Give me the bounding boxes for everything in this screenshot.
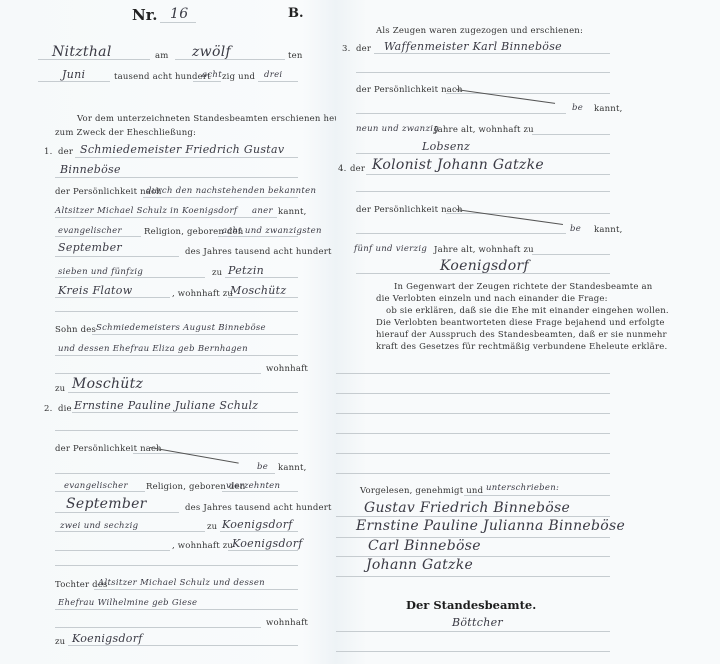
bride-die: die <box>58 404 72 414</box>
witness2-number: 4. <box>338 164 347 174</box>
witness2-residence: Koenigsdorf <box>440 258 529 274</box>
groom-residence: Moschütz <box>230 284 286 297</box>
bride-mother: Ehefrau Wilhelmine geb Giese <box>58 598 197 608</box>
signature-witness2: Johann Gatzke <box>366 557 473 573</box>
series-label: B. <box>288 6 304 21</box>
ten-label: ten <box>288 51 303 61</box>
bride-birth-month: September <box>66 496 147 512</box>
bride-residence-label: , wohnhaft zu <box>172 541 233 551</box>
groom-parents-residence-label: wohnhaft <box>266 364 308 374</box>
official-title: Der Standesbeamte. <box>406 598 536 612</box>
groom-identity-suffix-hand: aner <box>252 206 273 216</box>
witness1-identity-suffix: kannt, <box>594 104 623 114</box>
groom-district: Kreis Flatow <box>58 284 132 297</box>
groom-birth-month: September <box>58 241 122 254</box>
groom-name-line1: Schmiedemeister Friedrich Gustav <box>80 143 284 156</box>
ceremony-line6: kraft des Gesetzes für rechtmäßig verbun… <box>376 342 667 352</box>
signature-bride: Ernstine Pauline Julianna Binneböse <box>356 518 625 534</box>
groom-birth-day: acht und zwanzigsten <box>222 226 322 236</box>
groom-father: Schmiedemeisters August Binneböse <box>96 323 266 333</box>
groom-residence-label: , wohnhaft zu <box>172 289 233 299</box>
left-page: Nr. 16 B. Nitzthal am zwölf ten Juni tau… <box>0 0 336 664</box>
record-number-value: 16 <box>170 6 188 22</box>
bride-religion-value: evangelischer <box>64 481 128 491</box>
ceremony-line2: die Verlobten einzeln und nach einander … <box>376 294 608 304</box>
witness2-der: der <box>350 164 365 174</box>
bride-parents-residence: Koenigsdorf <box>72 632 143 645</box>
witness1-residence: Lobsenz <box>422 140 470 153</box>
ceremony-line1: In Gegenwart der Zeugen richtete der Sta… <box>394 282 652 292</box>
bride-father: Altsitzer Michael Schulz und dessen <box>98 578 265 588</box>
groom-birth-place: Petzin <box>228 264 264 277</box>
groom-year-label: des Jahres tausend acht hundert <box>185 247 332 257</box>
right-page: Als Zeugen waren zugezogen und erschiene… <box>336 0 720 664</box>
witness2-identity-suffix-hand: be <box>570 224 581 234</box>
bride-number: 2. <box>44 404 53 414</box>
bride-residence: Koenigsdorf <box>232 537 303 550</box>
signature-groom: Gustav Friedrich Binneböse <box>364 500 570 516</box>
bride-name-line1: Ernstine Pauline Juliane Schulz <box>74 399 258 412</box>
groom-identity-value1: durch den nachstehenden bekannten <box>146 186 316 196</box>
decade-value: acht <box>202 70 222 80</box>
zig-und-label: zig und <box>222 72 255 82</box>
intro-line2: zum Zweck der Eheschließung: <box>55 128 196 138</box>
groom-parents-label: Sohn des <box>55 325 96 335</box>
bride-zu-label: zu <box>207 522 217 532</box>
bride-identity-suffix: kannt, <box>278 463 307 473</box>
place-value: Nitzthal <box>52 44 112 60</box>
official-signature: Böttcher <box>452 616 503 629</box>
witness2-age: fünf und vierzig <box>354 244 427 254</box>
groom-name-line2: Binneböse <box>60 163 121 176</box>
groom-mother: und dessen Ehefrau Eliza geb Bernhagen <box>58 344 248 354</box>
groom-identity-value2: Altsitzer Michael Schulz in Koenigsdorf <box>55 206 237 216</box>
bride-parents-zu: zu <box>55 637 65 647</box>
groom-parents-residence: Moschütz <box>72 376 143 392</box>
bride-year-label: des Jahres tausend acht hundert <box>185 503 332 513</box>
witness1-age: neun und zwanzig <box>356 124 439 134</box>
groom-birth-year: sieben und fünfzig <box>58 267 143 277</box>
bride-parents-residence-label: wohnhaft <box>266 618 308 628</box>
approval-value: unterschrieben: <box>486 483 559 493</box>
groom-zu-label: zu <box>212 268 222 278</box>
am-label: am <box>155 51 169 61</box>
signature-witness1: Carl Binneböse <box>368 538 481 554</box>
bride-birth-place: Koenigsdorf <box>222 518 293 531</box>
witness2-name: Kolonist Johann Gatzke <box>372 157 544 173</box>
ceremony-line5: hierauf der Ausspruch des Standesbeamten… <box>376 330 667 340</box>
intro-line1: Vor dem unterzeichneten Standesbeamten e… <box>77 114 349 124</box>
groom-der: der <box>58 147 73 157</box>
year-unit-value: drei <box>264 70 282 80</box>
groom-identity-suffix: kannt, <box>278 207 307 217</box>
bride-birth-day: vierzehnten <box>226 481 280 491</box>
record-number-label: Nr. <box>132 6 157 24</box>
witness-intro: Als Zeugen waren zugezogen und erschiene… <box>376 26 583 36</box>
ceremony-line4: Die Verlobten beantworteten diese Frage … <box>376 318 665 328</box>
day-value: zwölf <box>192 44 231 60</box>
witness1-age-label: Jahre alt, wohnhaft zu <box>434 125 534 135</box>
witness1-name: Waffenmeister Karl Binneböse <box>384 40 562 53</box>
ceremony-line3: ob sie erklären, daß sie die Ehe mit ein… <box>386 306 669 316</box>
witness1-identity-suffix-hand: be <box>572 103 583 113</box>
witness1-number: 3. <box>342 44 351 54</box>
month-value: Juni <box>62 68 85 81</box>
bride-identity-suffix-hand: be <box>257 462 268 472</box>
bride-birth-year: zwei und sechzig <box>60 521 138 531</box>
groom-religion-value: evangelischer <box>58 226 122 236</box>
groom-number: 1. <box>44 147 53 157</box>
witness2-age-label: Jahre alt, wohnhaft zu <box>434 245 534 255</box>
groom-parents-zu: zu <box>55 384 65 394</box>
witness1-der: der <box>356 44 371 54</box>
witness2-identity-suffix: kannt, <box>594 225 623 235</box>
